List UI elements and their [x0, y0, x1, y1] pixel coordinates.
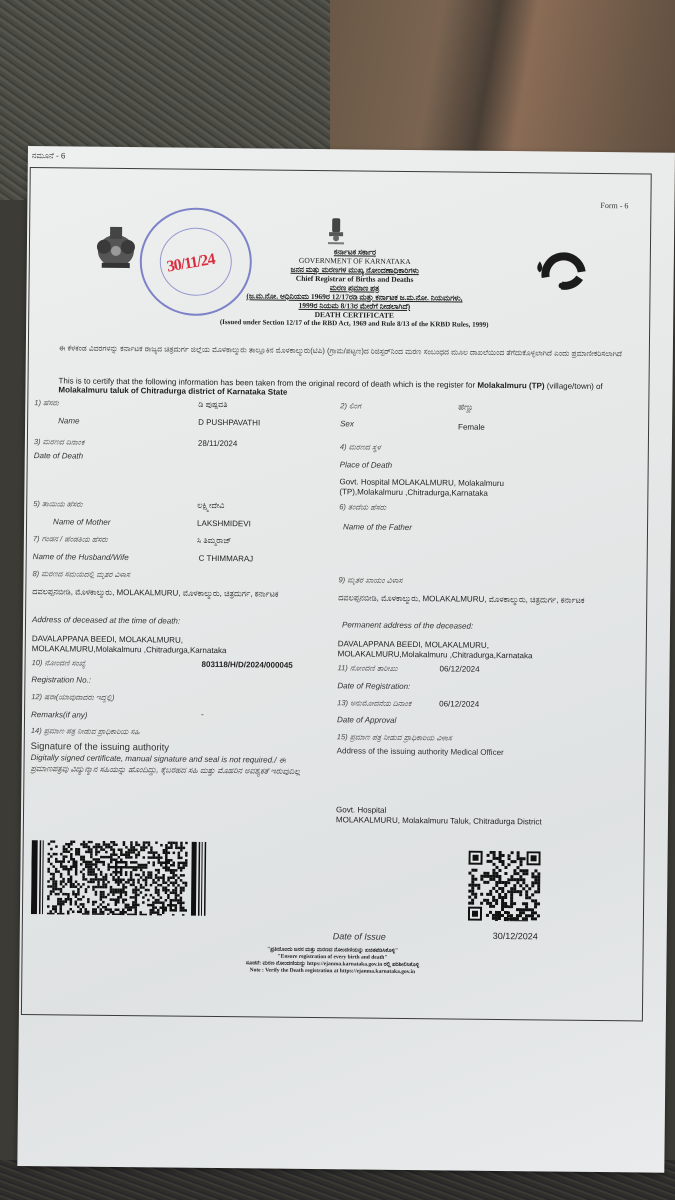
- india-emblem-icon: [326, 216, 346, 246]
- signature-label-kannada: 14) ಪ್ರಮಾಣ ಪತ್ರ ನೀಡುವ ಪ್ರಾಧಿಕಾರಿಯ ಸಹಿ: [31, 726, 140, 737]
- place-of-death-value: Govt. Hospital MOLAKALMURU, Molakalmuru …: [339, 477, 539, 498]
- father-label-kannada: 6) ತಂದೆಯ ಹೆಸರು: [339, 502, 386, 512]
- registration-date-label-kannada: 11) ನೋಂದಣಿ ತಾರೀಖು: [337, 663, 397, 674]
- permanent-address-value: DAVALAPPANA BEEDI, MOLAKALMURU, MOLAKALM…: [338, 639, 588, 661]
- address-at-death-label-kannada: 8) ಮರಣದ ಸಮಯದಲ್ಲಿ ಮೃತರ ವಿಳಾಸ: [32, 569, 130, 580]
- name-label-kannada: 1) ಹೆಸರು: [34, 398, 59, 408]
- approval-date-label: Date of Approval: [337, 715, 396, 725]
- verification-qr-code: [468, 851, 541, 922]
- mother-label: Name of Mother: [53, 517, 110, 527]
- form-label-kannada: ನಮೂನೆ - 6: [32, 151, 66, 161]
- date-of-death-label: Date of Death: [34, 451, 83, 461]
- authority-address-label-kannada: 15) ಪ್ರಮಾಣ ಪತ್ರ ನೀಡುವ ಪ್ರಾಧಿಕಾರಿಯ ವಿಳಾಸ: [337, 732, 452, 743]
- intro-kannada: ಈ ಕೆಳಕಂಡ ವಿವರಗಳನ್ನು ಕರ್ನಾಟಕ ರಾಜ್ಯದ ಚಿತ್ರ…: [59, 343, 644, 359]
- date-of-death-value: 28/11/2024: [198, 439, 238, 448]
- certificate-footer: "ಪ್ರತಿಯೊಂದು ಜನನ ಮತ್ತು ಮರಣದ ನೋಂದಣಿಯನ್ನು ಖ…: [162, 945, 502, 977]
- permanent-address-label-kannada: 9) ಮೃತರ ಖಾಯಂ ವಿಳಾಸ: [338, 575, 402, 586]
- authority-address-line1: Govt. Hospital: [336, 805, 386, 815]
- certificate-border: Form - 6 30/11/24 ಕರ್ನಾಟಕ ಸ: [21, 167, 652, 1021]
- spouse-value: C THIMMARAJ: [199, 554, 254, 564]
- spouse-label-kannada: 7) ಗಂಡನ / ಹೆಂಡತಿಯ ಹೆಸರು: [33, 534, 108, 545]
- pdf417-barcode: [31, 840, 208, 916]
- karnataka-emblem-icon: [90, 221, 143, 274]
- name-value-kannada: ಡಿ ಪುಷ್ಪವತಿ: [198, 400, 227, 410]
- registration-no-value: 803118/H/D/2024/000045: [202, 660, 293, 670]
- certify-place-register: Molakalmuru (TP): [477, 381, 544, 391]
- place-of-death-label-kannada: 4) ಮರಣದ ಸ್ಥಳ: [340, 442, 381, 452]
- authority-address-line2: MOLAKALMURU, Molakalmuru Taluk, Chitradu…: [336, 815, 542, 826]
- registration-date-label: Date of Registration:: [337, 681, 410, 691]
- registration-no-label: Registration No.:: [31, 675, 91, 685]
- remarks-label-kannada: 12) ಷರಾ(ಯಾವುದಾದರು ಇದ್ದಲ್ಲಿ): [31, 692, 114, 703]
- sex-value-kannada: ಹೆಣ್ಣು: [458, 403, 473, 413]
- date-of-death-label-kannada: 3) ಮರಣದ ದಿನಾಂಕ: [34, 437, 85, 448]
- address-at-death-label: Address of deceased at the time of death…: [32, 615, 180, 626]
- form-label: Form - 6: [600, 201, 628, 210]
- date-of-issue-label: Date of Issue: [333, 931, 386, 942]
- mother-value-kannada: ಲಕ್ಷ್ಮೀದೇವಿ: [197, 501, 224, 511]
- registration-date-value: 06/12/2024: [440, 664, 480, 673]
- authority-address-label: Address of the issuing authority Medical…: [337, 746, 504, 757]
- address-at-death-value: DAVALAPPANA BEEDI, MOLAKALMURU, MOLAKALM…: [32, 634, 282, 656]
- spouse-value-kannada: ಸಿ ತಿಮ್ಮರಾಜ್: [197, 536, 232, 546]
- mother-value: LAKSHMIDEVI: [197, 519, 251, 529]
- certificate-header: ಕರ್ನಾಟಕ ಸರ್ಕಾರ GOVERNMENT OF KARNATAKA ಜ…: [219, 246, 490, 330]
- certify-statement: This is to certify that the following in…: [58, 376, 643, 400]
- date-of-issue-value: 30/12/2024: [493, 931, 538, 941]
- permanent-address-label: Permanent address of the deceased:: [342, 620, 473, 630]
- sex-value: Female: [458, 423, 485, 432]
- ejanma-logo-icon: [531, 241, 588, 294]
- registration-no-label-kannada: 10) ನೋಂದಣಿ ಸಂಖ್ಯೆ: [32, 658, 86, 669]
- approval-date-label-kannada: 13) ಅನುಮೋದನೆಯ ದಿನಾಂಕ: [337, 698, 411, 709]
- remarks-label: Remarks(if any): [31, 710, 88, 720]
- permanent-address-value-kannada: ದವಲಪ್ಪನಬೀಡಿ, ಮೊಳಕಾಲ್ಮುರು, MOLAKALMURU, ಮ…: [338, 593, 628, 606]
- certify-place-district: Molakalmuru taluk of Chitradurga distric…: [58, 385, 287, 396]
- digital-signature-note: Digitally signed certificate, manual sig…: [30, 752, 310, 777]
- address-at-death-value-kannada: ದವಲಪ್ಪನಬೀಡಿ, ಮೊಳಕಾಲ್ಮುರು, MOLAKALMURU, ಮ…: [32, 587, 322, 600]
- remarks-value: -: [201, 710, 204, 719]
- father-label: Name of the Father: [343, 522, 412, 532]
- name-label: Name: [58, 416, 79, 425]
- sex-label: Sex: [340, 419, 354, 428]
- mother-label-kannada: 5) ತಾಯಿಯ ಹೆಸರು: [33, 499, 82, 510]
- certify-text-mid: (village/town) of: [544, 381, 602, 391]
- spouse-label: Name of the Husband/Wife: [33, 552, 129, 562]
- name-value: D PUSHPAVATHI: [198, 418, 260, 428]
- approval-date-value: 06/12/2024: [439, 699, 479, 708]
- sex-label-kannada: 2) ಲಿಂಗ: [340, 401, 361, 411]
- death-certificate-paper: ನಮೂನೆ - 6 Form - 6 30/11/24: [17, 146, 675, 1173]
- place-of-death-label: Place of Death: [340, 460, 393, 470]
